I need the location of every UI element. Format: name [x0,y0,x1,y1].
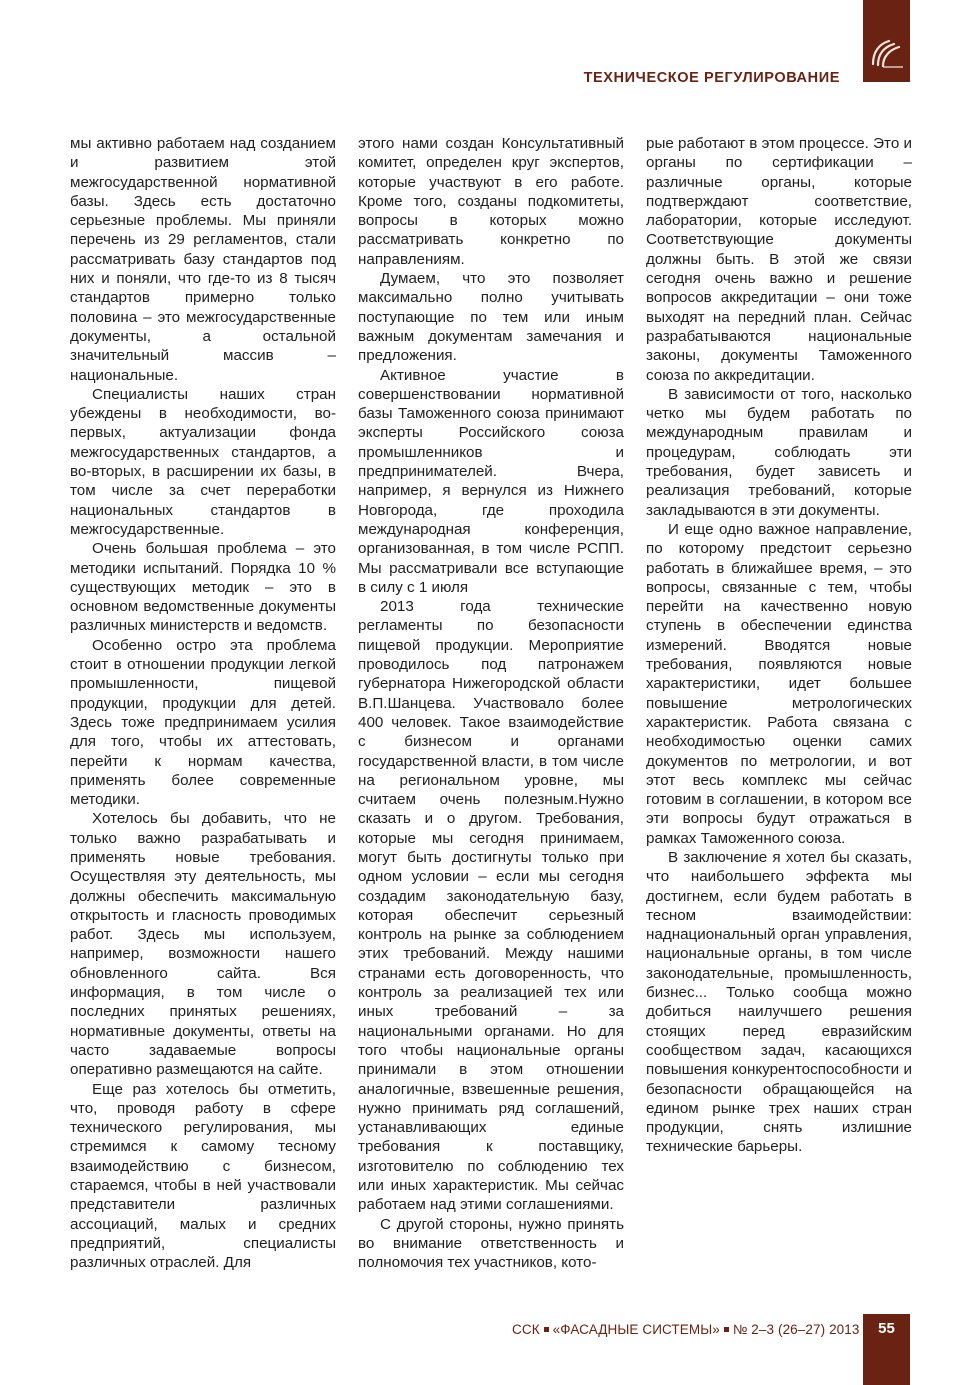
footer-issue: № 2–3 (26–27) 2013 [733,1322,860,1337]
text-column-2: этого нами создан Консультативный комите… [358,134,624,1273]
footer-magazine: «ФАСАДНЫЕ СИСТЕМЫ» [553,1322,720,1337]
footer-publisher: ССК [512,1322,540,1337]
text-column-1: мы активно работаем над созданием и разв… [70,134,336,1273]
paragraph: 2013 года технические регламенты по безо… [358,597,624,1215]
logo-icon [869,34,905,70]
paragraph: этого нами создан Консультативный комите… [358,134,624,269]
paragraph: Еще раз хотелось бы отметить, что, прово… [70,1080,336,1273]
footer-publication-line: ССК«ФАСАДНЫЕ СИСТЕМЫ»№ 2–3 (26–27) 2013 [512,1322,860,1337]
paragraph: мы активно работаем над созданием и разв… [70,134,336,385]
paragraph: С другой стороны, нужно принять во внима… [358,1215,624,1273]
paragraph: рые работают в этом процессе. Это и орга… [646,134,912,385]
paragraph: Специалисты наших стран убеждены в необх… [70,385,336,539]
paragraph: В зависимости от того, насколько четко м… [646,385,912,520]
paragraph: Особенно остро эта проблема стоит в отно… [70,636,336,810]
square-bullet-icon [544,1327,549,1332]
square-bullet-icon [724,1327,729,1332]
paragraph: И еще одно важное направление, по которо… [646,520,912,848]
text-column-3: рые работают в этом процессе. Это и орга… [646,134,912,1157]
paragraph: В заключение я хотел бы сказать, что наи… [646,848,912,1157]
paragraph: Очень большая проблема – это методики ис… [70,539,336,635]
section-title: ТЕХНИЧЕСКОЕ РЕГУЛИРОВАНИЕ [584,70,840,86]
header-accent-tab [863,0,910,82]
paragraph: Думаем, что это позволяет максимально по… [358,269,624,365]
page-number-tab: 55 [863,1314,910,1385]
paragraph: Хотелось бы добавить, что не только важн… [70,809,336,1079]
paragraph: Активное участие в совершенствовании нор… [358,366,624,598]
page-number: 55 [863,1320,910,1337]
